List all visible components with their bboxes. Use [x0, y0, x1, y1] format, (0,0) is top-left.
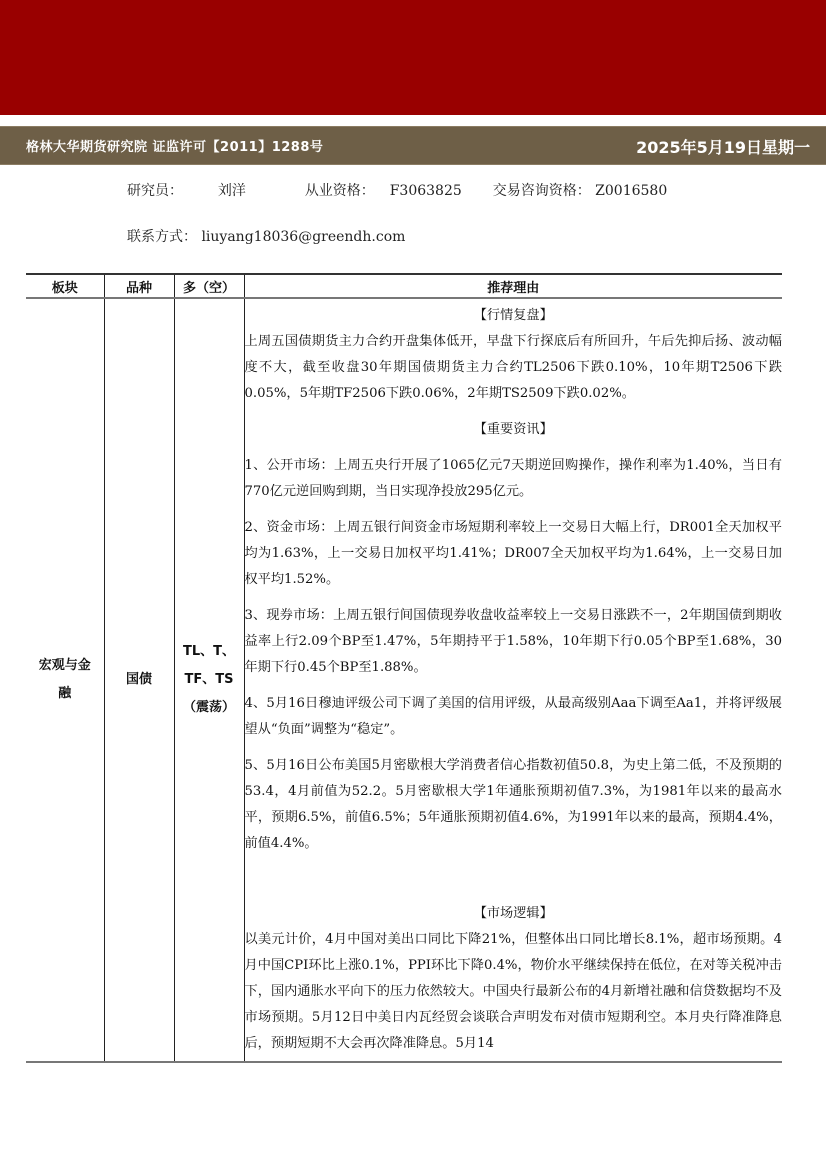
variety-text: 国债	[105, 666, 174, 694]
recommendation-table: 板块 品种 多（空） 推荐理由 宏观与金融 国债 TL、T、 TF、TS （震荡…	[26, 273, 782, 1063]
report-date: 2025年5月19日星期一	[636, 135, 810, 158]
news-title: 【重要资讯】	[245, 417, 783, 443]
direction-line-2: TF、TS	[175, 666, 244, 694]
news-item: 5、5月16日公布美国5月密歇根大学消费者信心指数初值50.8，为史上第二低，不…	[245, 753, 783, 857]
news-item: 3、现券市场：上周五银行间国债现券收盘收益率较上一交易日涨跌不一，2年期国债到期…	[245, 603, 783, 681]
consult-label: 交易咨询资格：	[493, 180, 591, 200]
contact-email[interactable]: liuyang18036@greendh.com	[201, 229, 405, 245]
logic-text: 以美元计价，4月中国对美出口同比下降21%，但整体出口同比增长8.1%，超市场预…	[245, 927, 783, 1057]
header-variety: 品种	[104, 274, 174, 298]
logic-title: 【市场逻辑】	[245, 901, 783, 927]
direction-line-1: TL、T、	[175, 638, 244, 666]
review-text: 上周五国债期货主力合约开盘集体低开，早盘下行探底后有所回升，午后先抑后扬、波动幅…	[245, 329, 783, 407]
organization-license: 格林大华期货研究院 证监许可【2011】1288号	[26, 136, 323, 155]
header-reason: 推荐理由	[244, 274, 782, 298]
contact-label: 联系方式：	[127, 226, 197, 246]
researcher-name: 刘洋	[218, 180, 246, 200]
direction-line-3: （震荡）	[175, 694, 244, 722]
consult-id: Z0016580	[595, 183, 667, 199]
table-row: 宏观与金融 国债 TL、T、 TF、TS （震荡） 【行情复盘】 上周五国债期货…	[26, 298, 782, 1062]
sector-cell: 宏观与金融	[26, 298, 104, 1062]
header-direction: 多（空）	[174, 274, 244, 298]
header-info-band: 格林大华期货研究院 证监许可【2011】1288号 2025年5月19日星期一	[0, 126, 826, 165]
qualification-id: F3063825	[390, 183, 462, 199]
contact-info: 联系方式： liuyang18036@greendh.com	[127, 226, 405, 246]
researcher-label: 研究员：	[127, 180, 183, 200]
header-red-band	[0, 0, 826, 115]
news-item: 2、资金市场：上周五银行间资金市场短期利率较上一交易日大幅上行，DR001全天加…	[245, 515, 783, 593]
variety-cell: 国债	[104, 298, 174, 1062]
researcher-info: 研究员： 刘洋 从业资格： F3063825 交易咨询资格： Z0016580	[127, 180, 667, 200]
news-item: 1、公开市场：上周五央行开展了1065亿元7天期逆回购操作，操作利率为1.40%…	[245, 453, 783, 505]
sector-text: 宏观与金融	[26, 652, 104, 708]
reason-cell: 【行情复盘】 上周五国债期货主力合约开盘集体低开，早盘下行探底后有所回升，午后先…	[244, 298, 782, 1062]
header-sector: 板块	[26, 274, 104, 298]
table-header-row: 板块 品种 多（空） 推荐理由	[26, 274, 782, 298]
direction-cell: TL、T、 TF、TS （震荡）	[174, 298, 244, 1062]
qualification-label: 从业资格：	[305, 180, 375, 200]
news-item: 4、5月16日穆迪评级公司下调了美国的信用评级，从最高级别Aaa下调至Aa1，并…	[245, 691, 783, 743]
review-title: 【行情复盘】	[245, 303, 783, 329]
